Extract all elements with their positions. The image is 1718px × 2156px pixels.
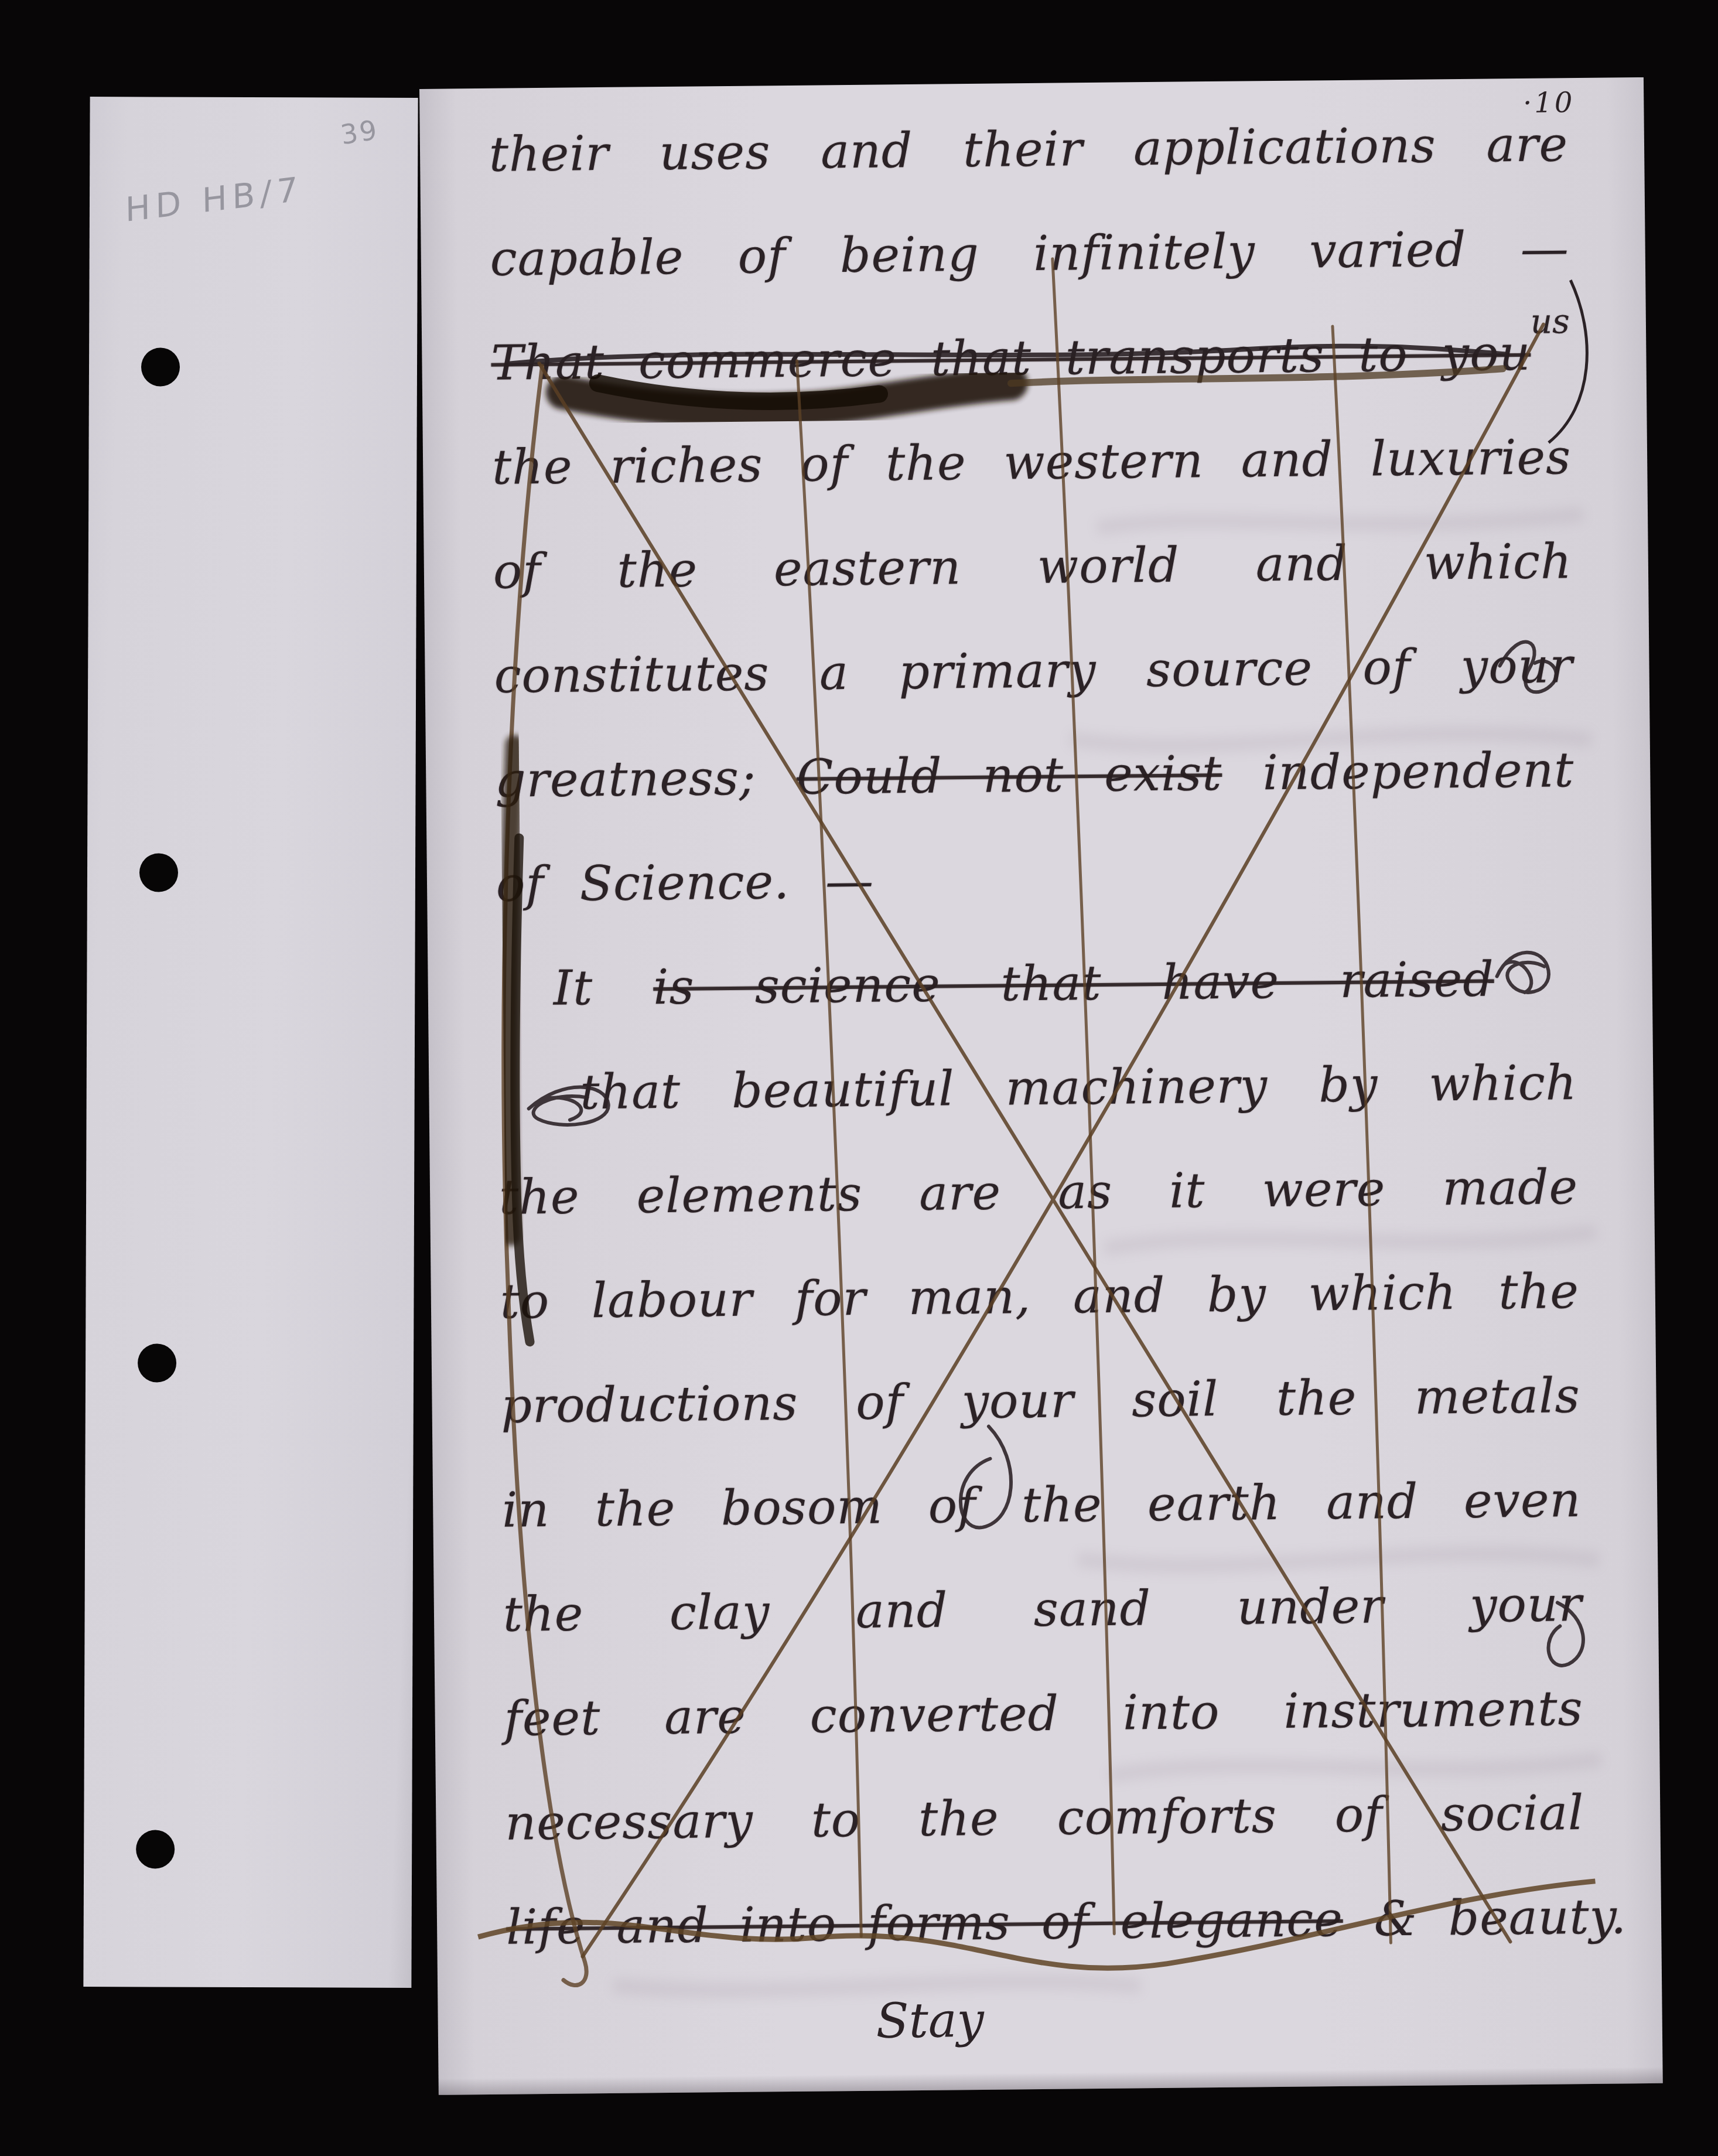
ink-smear <box>510 344 1505 414</box>
punch-hole <box>136 1830 175 1868</box>
right-page: ·10 their uses and their applications ar… <box>419 77 1663 2095</box>
punch-hole <box>139 853 178 892</box>
cancellation-marks <box>419 77 1663 2095</box>
punch-hole <box>141 347 180 386</box>
left-page: 39 HD HB/7 <box>83 97 418 1988</box>
last-line-cancellation <box>478 1881 1596 1974</box>
manuscript-photograph: 39 HD HB/7 ·10 their uses and their appl… <box>0 0 1718 2156</box>
word-scribbles <box>524 642 1583 1676</box>
folio-number: 39 <box>339 114 381 151</box>
insertion-paren <box>1547 280 1588 443</box>
x-cancellation <box>539 325 1559 1957</box>
punch-hole <box>138 1343 176 1382</box>
show-through-ghosting <box>599 514 1603 1991</box>
shelfmark: HD HB/7 <box>125 170 303 230</box>
